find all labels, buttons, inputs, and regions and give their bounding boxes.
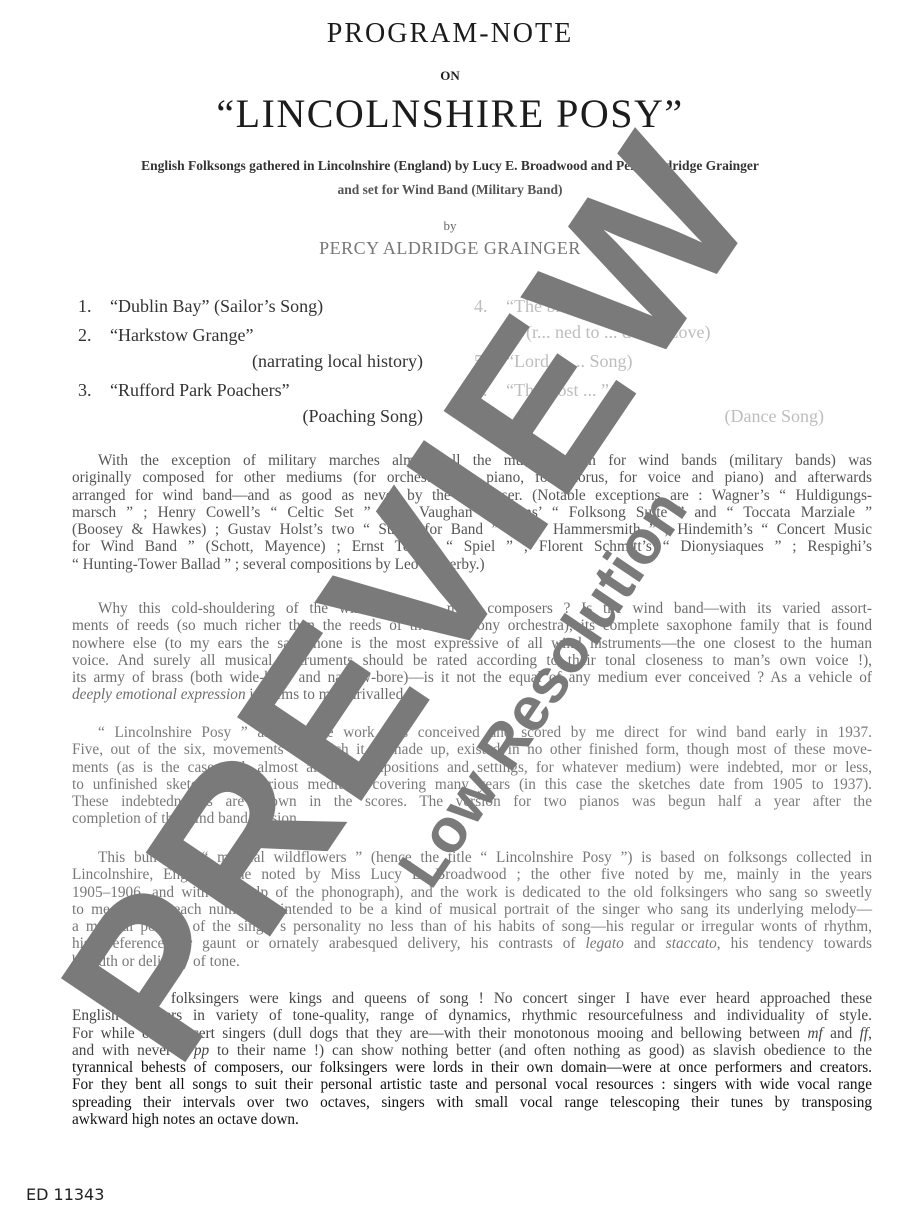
movement-subtitle: (narrating local history) [78, 351, 423, 377]
paragraph-line: For while our concert singers (dull dogs… [72, 1025, 872, 1042]
paragraph-line: nowhere else (to my ears the saxophone i… [72, 635, 872, 652]
movement-number: 6. [474, 380, 488, 401]
program-note-page: PROGRAM-NOTE ON “LINCOLNSHIRE POSY” Engl… [0, 0, 900, 1224]
by-label: by [0, 218, 900, 234]
paragraph-5: For these folksingers were kings and que… [72, 990, 872, 1128]
paragraph-line: “ Lincolnshire Posy ” as a whole work wa… [72, 724, 872, 741]
paragraph-4: This bunch of “ musical wildflowers ” (h… [72, 849, 872, 970]
movement-number: 5. [474, 351, 488, 372]
movement-name: “Lord ... ... Song) [506, 351, 632, 372]
paragraph-line: For they bent all songs to suit their pe… [72, 1076, 872, 1093]
movement-name: “Rufford Park Poachers” [110, 380, 290, 401]
movement-item: 6. “The Lost ... ” [474, 380, 824, 406]
paragraph-line: Why this cold-shouldering of the wind ba… [72, 600, 872, 617]
paragraph-line: arranged for wind band—and as good as ne… [72, 487, 872, 504]
paragraph-line: For these folksingers were kings and que… [72, 990, 872, 1007]
paragraph-line: to me. Indeed, each number is intended t… [72, 901, 872, 918]
movement-list-left: 1. “Dublin Bay” (Sailor’s Song) 2. “Hark… [78, 296, 423, 432]
movement-name: “The Lost ... ” [506, 380, 609, 401]
paragraph-line: his preference for gaunt or ornately ara… [72, 935, 872, 952]
movement-name: “Harkstow Grange” [110, 325, 253, 346]
paragraph-line: spreading their intervals over two octav… [72, 1094, 872, 1111]
paragraph-line: Lincolnshire, England (one noted by Miss… [72, 866, 872, 883]
movement-number: 3. [78, 380, 92, 401]
edition-code: ED 11343 [26, 1185, 104, 1204]
paragraph-line: and with never a pp to their name !) can… [72, 1042, 872, 1059]
paragraph-1: With the exception of military marches a… [72, 452, 872, 573]
paragraph-line: English warblers in variety of tone-qual… [72, 1007, 872, 1024]
paragraph-line: awkward high notes an octave down. [72, 1111, 872, 1128]
paragraph-line: ments (as is the case with almost all my… [72, 759, 872, 776]
movement-list-right: 4. “The brisk ...ng (r... ned to ... d h… [474, 296, 824, 432]
paragraph-line: voice. And surely all musical instrument… [72, 652, 872, 669]
movement-name: “The brisk ...ng [506, 296, 618, 317]
movement-item: 4. “The brisk ...ng [474, 296, 824, 322]
paragraph-line: “ Hunting-Tower Ballad ” ; several compo… [72, 556, 872, 573]
paragraph-line: a musical portrait of the singer’s perso… [72, 918, 872, 935]
paragraph-3: “ Lincolnshire Posy ” as a whole work wa… [72, 724, 872, 828]
paragraph-line: This bunch of “ musical wildflowers ” (h… [72, 849, 872, 866]
paragraph-line: 1905–1906, and with the help of the phon… [72, 884, 872, 901]
movement-name: “Dublin Bay” (Sailor’s Song) [110, 296, 323, 317]
movement-subtitle: (r... ned to ... d hi... Love) [474, 322, 824, 348]
movement-number: 2. [78, 325, 92, 346]
paragraph-line: for Wind Band ” (Schott, Mayence) ; Erns… [72, 538, 872, 555]
movement-item: 1. “Dublin Bay” (Sailor’s Song) [78, 296, 423, 322]
paragraph-line: deeply emotional expression it seems to … [72, 686, 872, 703]
paragraph-line: These indebtednesses are shown in the sc… [72, 793, 872, 810]
paragraph-line: to unfinished sketches for various mediu… [72, 776, 872, 793]
paragraph-2: Why this cold-shouldering of the wind ba… [72, 600, 872, 704]
subtitle-line-1: English Folksongs gathered in Lincolnshi… [0, 158, 900, 174]
paragraph-line: originally composed for other mediums (f… [72, 469, 872, 486]
page-title: PROGRAM-NOTE [0, 18, 900, 50]
movement-number: 4. [474, 296, 488, 317]
paragraph-line: (Boosey & Hawkes) ; Gustav Holst’s two “… [72, 521, 872, 538]
paragraph-line: tyrannical behests of composers, our fol… [72, 1059, 872, 1076]
paragraph-line: its army of brass (both wide-bore and na… [72, 669, 872, 686]
movement-subtitle: (Dance Song) [474, 406, 824, 432]
paragraph-line: marsch ” ; Henry Cowell’s “ Celtic Set ”… [72, 504, 872, 521]
work-title: “LINCOLNSHIRE POSY” [0, 90, 900, 137]
paragraph-line: Five, out of the six, movements of which… [72, 741, 872, 758]
paragraph-line: ments of reeds (so much richer than the … [72, 617, 872, 634]
movement-item: 3. “Rufford Park Poachers” [78, 380, 423, 406]
author-name: PERCY ALDRIDGE GRAINGER [0, 238, 900, 259]
movement-subtitle: (Poaching Song) [78, 406, 423, 432]
title-connector: ON [0, 68, 900, 84]
movement-item: 5. “Lord ... ... Song) [474, 351, 824, 377]
paragraph-line: breadth or delicacy of tone. [72, 953, 872, 970]
movement-item: 2. “Harkstow Grange” [78, 325, 423, 351]
subtitle-line-2: and set for Wind Band (Military Band) [0, 182, 900, 198]
paragraph-line: With the exception of military marches a… [72, 452, 872, 469]
movement-number: 1. [78, 296, 92, 317]
paragraph-line: completion of the wind band version. [72, 810, 872, 827]
